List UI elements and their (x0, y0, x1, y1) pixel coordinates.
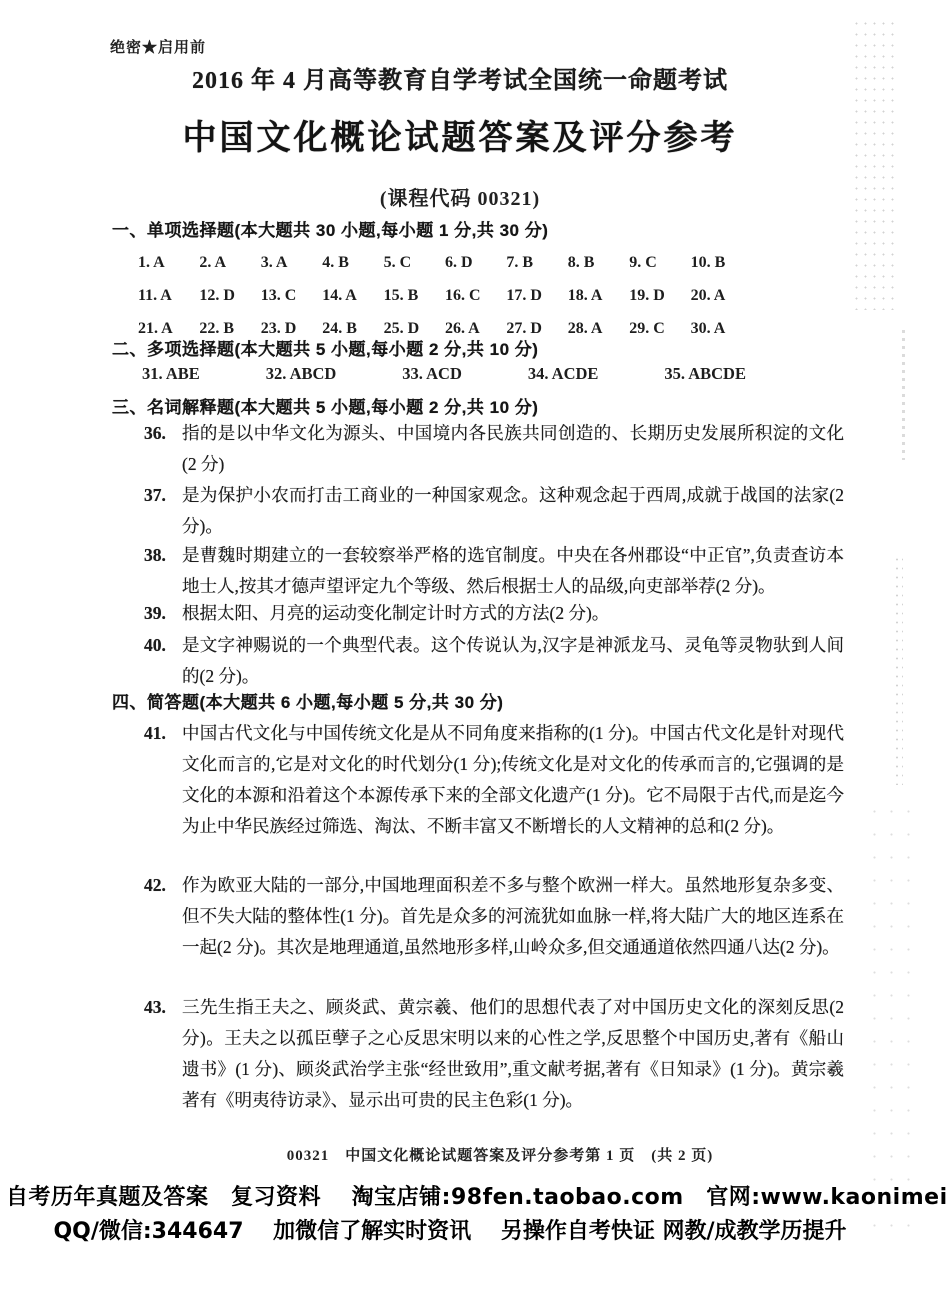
answer-cell: 14. A (322, 279, 383, 312)
section-4-heading: 四、简答题(本大题共 6 小题,每小题 5 分,共 30 分) (112, 688, 503, 713)
answer-cell: 12. D (199, 279, 260, 312)
exam-session-line: 2016 年 4 月高等教育自学考试全国统一命题考试 (0, 60, 920, 95)
answer-cell: 7. B (506, 246, 567, 279)
answer-cell: 2. A (199, 246, 260, 279)
course-code: (课程代码 00321) (0, 182, 920, 211)
answer-cell: 33. ACD (402, 364, 462, 384)
answer-cell: 35. ABCDE (664, 364, 746, 384)
section-1-heading: 一、单项选择题(本大题共 30 小题,每小题 1 分,共 30 分) (112, 216, 548, 241)
answer-cell: 1. A (138, 246, 199, 279)
answer-cell: 5. C (384, 246, 445, 279)
answer-cell: 4. B (322, 246, 383, 279)
multi-choice-answer-row: 31. ABE 32. ABCD 33. ACD 34. ACDE 35. AB… (142, 364, 746, 384)
scanned-exam-page: 绝密★启用前 2016 年 4 月高等教育自学考试全国统一命题考试 中国文化概论… (0, 0, 947, 1301)
answer-cell: 20. A (691, 279, 752, 312)
answer-cell: 31. ABE (142, 364, 200, 384)
scan-noise-artifact (866, 800, 914, 1230)
answer-cell: 8. B (568, 246, 629, 279)
secret-classification-label: 绝密★启用前 (110, 36, 206, 57)
section-2-heading: 二、多项选择题(本大题共 5 小题,每小题 2 分,共 10 分) (112, 335, 538, 360)
answer-cell: 10. B (691, 246, 752, 279)
item-number: 40. (144, 630, 166, 661)
answer-cell: 29. C (629, 312, 690, 345)
answer-cell: 19. D (629, 279, 690, 312)
answer-cell: 13. C (261, 279, 322, 312)
definition-item-38: 38. 是曹魏时期建立的一套较察举严格的选官制度。中央在各州郡设“中正官”,负责… (112, 540, 844, 602)
item-text: 中国古代文化与中国传统文化是从不同角度来指称的(1 分)。中国古代文化是针对现代… (182, 723, 844, 836)
short-answer-item-41: 41. 中国古代文化与中国传统文化是从不同角度来指称的(1 分)。中国古代文化是… (112, 718, 844, 842)
item-number: 37. (144, 480, 166, 511)
item-number: 39. (144, 598, 166, 629)
item-text: 作为欧亚大陆的一部分,中国地理面积差不多与整个欧洲一样大。虽然地形复杂多变、但不… (182, 875, 844, 957)
answer-cell: 34. ACDE (528, 364, 599, 384)
answer-cell: 17. D (506, 279, 567, 312)
answer-cell: 15. B (384, 279, 445, 312)
short-answer-item-42: 42. 作为欧亚大陆的一部分,中国地理面积差不多与整个欧洲一样大。虽然地形复杂多… (112, 870, 844, 963)
answer-cell: 30. A (691, 312, 752, 345)
short-answer-item-43: 43. 三先生指王夫之、顾炎武、黄宗羲、他们的思想代表了对中国历史文化的深刻反思… (112, 992, 844, 1116)
scan-noise-artifact (902, 330, 905, 460)
definition-item-37: 37. 是为保护小农而打击工商业的一种国家观念。这种观念起于西周,成就于战国的法… (112, 480, 844, 542)
answer-cell: 32. ABCD (266, 364, 337, 384)
footer-promo-line-2: QQ/微信:344647 加微信了解实时资讯 另操作自考快证 网教/成教学历提升 (0, 1214, 900, 1245)
definition-item-39: 39. 根据太阳、月亮的运动变化制定计时方式的方法(2 分)。 (112, 598, 844, 629)
item-text: 根据太阳、月亮的运动变化制定计时方式的方法(2 分)。 (182, 603, 609, 623)
page-title: 中国文化概论试题答案及评分参考 (0, 110, 920, 159)
answer-cell: 28. A (568, 312, 629, 345)
answer-cell: 16. C (445, 279, 506, 312)
item-number: 36. (144, 418, 166, 449)
item-number: 43. (144, 992, 166, 1023)
item-text: 三先生指王夫之、顾炎武、黄宗羲、他们的思想代表了对中国历史文化的深刻反思(2 分… (182, 997, 844, 1110)
single-choice-answer-grid: 1. A 2. A 3. A 4. B 5. C 6. D 7. B 8. B … (138, 246, 752, 345)
item-text: 是曹魏时期建立的一套较察举严格的选官制度。中央在各州郡设“中正官”,负责查访本地… (182, 545, 844, 596)
item-number: 41. (144, 718, 166, 749)
answer-cell: 18. A (568, 279, 629, 312)
answer-cell: 6. D (445, 246, 506, 279)
answer-cell: 3. A (261, 246, 322, 279)
answer-cell: 11. A (138, 279, 199, 312)
footer-page-number-line: 00321 中国文化概论试题答案及评分参考第 1 页 (共 2 页) (55, 1144, 945, 1165)
item-number: 38. (144, 540, 166, 571)
scan-noise-artifact (894, 555, 903, 785)
item-text: 是为保护小农而打击工商业的一种国家观念。这种观念起于西周,成就于战国的法家(2 … (182, 485, 844, 536)
definition-item-36: 36. 指的是以中华文化为源头、中国境内各民族共同创造的、长期历史发展所积淀的文… (112, 418, 844, 480)
item-text: 是文字神赐说的一个典型代表。这个传说认为,汉字是神派龙马、灵龟等灵物驮到人间的(… (182, 635, 844, 686)
answer-cell: 9. C (629, 246, 690, 279)
footer-promo-line-1: 自考历年真题及答案 复习资料 淘宝店铺:98fen.taobao.com 官网:… (6, 1180, 946, 1211)
item-text: 指的是以中华文化为源头、中国境内各民族共同创造的、长期历史发展所积淀的文化(2 … (182, 423, 844, 474)
item-number: 42. (144, 870, 166, 901)
definition-item-40: 40. 是文字神赐说的一个典型代表。这个传说认为,汉字是神派龙马、灵龟等灵物驮到… (112, 630, 844, 692)
section-3-heading: 三、名词解释题(本大题共 5 小题,每小题 2 分,共 10 分) (112, 393, 538, 418)
